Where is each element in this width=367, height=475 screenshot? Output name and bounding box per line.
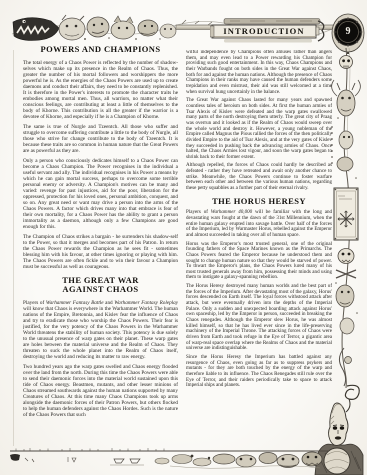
heading-great-war-against-chaos: THE GREAT WARAGAINST CHAOS — [23, 276, 178, 295]
paragraph: Two hundred years ago the warp gates swe… — [23, 364, 178, 418]
paragraph: Since the Horus Heresy the Imperium has … — [186, 355, 332, 389]
text-segment: will know that Chaos is everywhere in th… — [23, 306, 178, 360]
chaos-star-icon — [338, 211, 354, 227]
page-number: 9 — [331, 26, 365, 37]
left-text-column: POWERS AND CHAMPIONS The total energy of… — [23, 45, 178, 447]
right-text-column: wilful independence by Champions often a… — [186, 50, 332, 448]
paragraph: Horus was the Emperor's most trusted gen… — [186, 242, 332, 282]
heading-powers-and-champions: POWERS AND CHAMPIONS — [23, 45, 178, 55]
paragraph: The Horus Heresy destroyed many human wo… — [186, 284, 332, 352]
paragraph: wilful independence by Champions often a… — [186, 50, 332, 95]
paragraph: The same is true of Nurgle and Tzeentch.… — [23, 124, 178, 154]
paragraph: The total energy of a Chaos Power is ref… — [23, 60, 178, 120]
heading-line: AGAINST CHAOS — [62, 284, 138, 294]
paragraph: Players of Warhammer Fantasy Battle and … — [23, 300, 178, 360]
paragraph: Only a person who consciously dedicates … — [23, 158, 178, 230]
section-banner: INTRODUCTION — [210, 17, 328, 45]
paragraph: Although repelled, the forces of Chaos c… — [186, 163, 332, 191]
heading-horus-heresy: THE HORUS HERESY — [186, 197, 332, 207]
paragraph: The Great War against Chaos lasted for m… — [186, 98, 332, 160]
battlefield-sketch-frieze-icon — [10, 446, 330, 474]
page-edge-line — [13, 50, 14, 446]
paragraph: The Champion of Chaos strikes a bargain … — [23, 234, 178, 270]
paragraph: Players of Warhammer 40,000 will be fami… — [186, 210, 332, 238]
heading-line: THE GREAT WAR — [62, 275, 139, 285]
daemon-totem-column-icon — [326, 48, 367, 388]
section-title: INTRODUCTION — [212, 25, 316, 38]
book-page: INTRODUCTION 9 — [0, 0, 367, 475]
